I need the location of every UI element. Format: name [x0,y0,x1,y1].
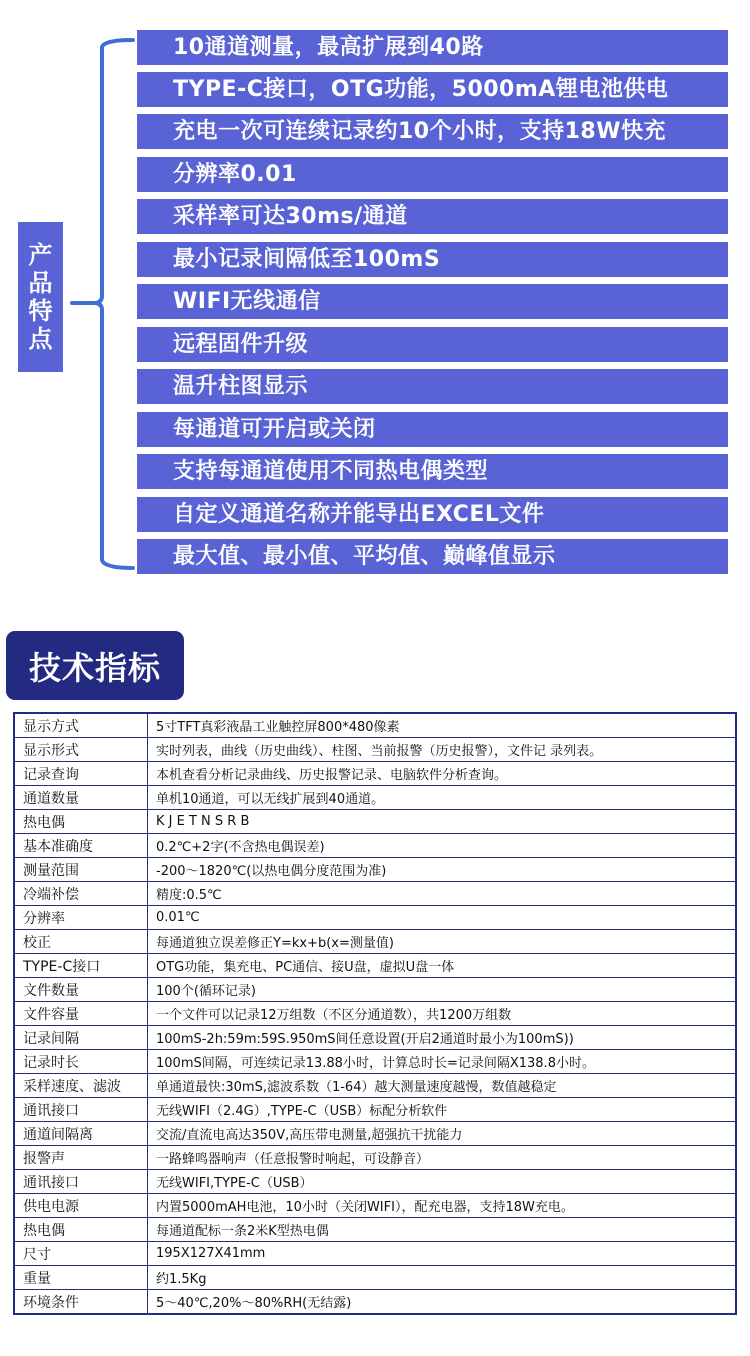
spec-value: OTG功能，集充电、PC通信、接U盘，虚拟U盘一体 [148,954,737,978]
spec-key: 记录查询 [14,762,148,786]
spec-key: 文件容量 [14,1002,148,1026]
spec-row: 供电电源内置5000mAH电池，10小时（关闭WIFI），配充电器，支持18W充… [14,1194,736,1218]
spec-value: 一个文件可以记录12万组数（不区分通道数），共1200万组数 [148,1002,737,1026]
spec-key: 通讯接口 [14,1170,148,1194]
spec-row: 采样速度、滤波单通道最快:30mS,滤波系数（1-64）越大测量速度越慢，数值越… [14,1074,736,1098]
spec-value: 195X127X41mm [148,1242,737,1266]
feature-item: 10通道测量，最高扩展到40路 [137,30,728,65]
feature-item: 分辨率0.01 [137,157,728,192]
spec-key: 显示方式 [14,713,148,738]
spec-key: 分辨率 [14,906,148,930]
spec-row: 分辨率0.01℃ [14,906,736,930]
spec-key: 通道间隔离 [14,1122,148,1146]
spec-value: 实时列表，曲线（历史曲线）、柱图、当前报警（历史报警），文件记 录列表。 [148,738,737,762]
spec-value: 0.2℃+2字(不含热电偶误差) [148,834,737,858]
spec-key: 采样速度、滤波 [14,1074,148,1098]
spec-value: 5～40℃,20%～80%RH(无结露) [148,1290,737,1315]
spec-row: 通道数量单机10通道，可以无线扩展到40通道。 [14,786,736,810]
feature-item: 支持每通道使用不同热电偶类型 [137,454,728,489]
spec-row: 热电偶每通道配标一条2米K型热电偶 [14,1218,736,1242]
spec-value: 每通道独立误差修正Y=kx+b(x=测量值) [148,930,737,954]
spec-value: 单机10通道，可以无线扩展到40通道。 [148,786,737,810]
spec-key: 尺寸 [14,1242,148,1266]
spec-row: 文件容量一个文件可以记录12万组数（不区分通道数），共1200万组数 [14,1002,736,1026]
product-features-label: 产 品 特 点 [18,222,63,372]
spec-row: 报警声一路蜂鸣器响声（任意报警时响起，可设静音） [14,1146,736,1170]
spec-row: 环境条件5～40℃,20%～80%RH(无结露) [14,1290,736,1315]
spec-row: 记录时长100mS间隔，可连续记录13.88小时，计算总时长=记录间隔X138.… [14,1050,736,1074]
feature-item: 最大值、最小值、平均值、巅峰值显示 [137,539,728,574]
spec-key: TYPE-C接口 [14,954,148,978]
spec-row: 校正每通道独立误差修正Y=kx+b(x=测量值) [14,930,736,954]
spec-value: 一路蜂鸣器响声（任意报警时响起，可设静音） [148,1146,737,1170]
spec-row: 测量范围-200～1820℃(以热电偶分度范围为准) [14,858,736,882]
feature-item: TYPE-C接口，OTG功能，5000mA锂电池供电 [137,72,728,107]
spec-row: 通讯接口无线WIFI,TYPE-C（USB） [14,1170,736,1194]
spec-value: 本机查看分析记录曲线、历史报警记录、电脑软件分析查询。 [148,762,737,786]
spec-key: 环境条件 [14,1290,148,1315]
feature-item: 采样率可达30ms/通道 [137,199,728,234]
specs-table: 显示方式5寸TFT真彩液晶工业触控屏800*480像素显示形式实时列表，曲线（历… [13,712,737,1315]
spec-key: 报警声 [14,1146,148,1170]
spec-row: 记录间隔100mS-2h:59m:59S.950mS间任意设置(开启2通道时最小… [14,1026,736,1050]
spec-key: 热电偶 [14,810,148,834]
spec-value: 无线WIFI（2.4G）,TYPE-C（USB）标配分析软件 [148,1098,737,1122]
spec-value: 100mS间隔，可连续记录13.88小时，计算总时长=记录间隔X138.8小时。 [148,1050,737,1074]
spec-value: 每通道配标一条2米K型热电偶 [148,1218,737,1242]
spec-value: -200～1820℃(以热电偶分度范围为准) [148,858,737,882]
spec-value: 100个(循环记录) [148,978,737,1002]
spec-row: 尺寸195X127X41mm [14,1242,736,1266]
feature-item: 每通道可开启或关闭 [137,412,728,447]
feature-item: 温升柱图显示 [137,369,728,404]
feature-item: 充电一次可连续记录约10个小时，支持18W快充 [137,114,728,149]
spec-row: 显示形式实时列表，曲线（历史曲线）、柱图、当前报警（历史报警），文件记 录列表。 [14,738,736,762]
spec-value: 单通道最快:30mS,滤波系数（1-64）越大测量速度越慢，数值越稳定 [148,1074,737,1098]
spec-row: 基本准确度0.2℃+2字(不含热电偶误差) [14,834,736,858]
spec-value: 交流/直流电高达350V,高压带电测量,超强抗干扰能力 [148,1122,737,1146]
spec-value: 无线WIFI,TYPE-C（USB） [148,1170,737,1194]
spec-row: 通道间隔离交流/直流电高达350V,高压带电测量,超强抗干扰能力 [14,1122,736,1146]
spec-value: 内置5000mAH电池，10小时（关闭WIFI），配充电器，支持18W充电。 [148,1194,737,1218]
spec-key: 基本准确度 [14,834,148,858]
spec-row: 热电偶K J E T N S R B [14,810,736,834]
specs-title: 技术指标 [6,631,184,700]
feature-item: 远程固件升级 [137,327,728,362]
spec-row: 冷端补偿精度:0.5℃ [14,882,736,906]
spec-key: 文件数量 [14,978,148,1002]
feature-item: 自定义通道名称并能导出EXCEL文件 [137,497,728,532]
spec-value: 100mS-2h:59m:59S.950mS间任意设置(开启2通道时最小为100… [148,1026,737,1050]
spec-key: 记录时长 [14,1050,148,1074]
spec-row: 显示方式5寸TFT真彩液晶工业触控屏800*480像素 [14,713,736,738]
feature-item: WIFI无线通信 [137,284,728,319]
spec-row: 通讯接口无线WIFI（2.4G）,TYPE-C（USB）标配分析软件 [14,1098,736,1122]
spec-key: 测量范围 [14,858,148,882]
spec-key: 显示形式 [14,738,148,762]
label-char: 产 [29,241,53,269]
spec-value: 5寸TFT真彩液晶工业触控屏800*480像素 [148,713,737,738]
spec-key: 记录间隔 [14,1026,148,1050]
spec-value: K J E T N S R B [148,810,737,834]
spec-row: 记录查询本机查看分析记录曲线、历史报警记录、电脑软件分析查询。 [14,762,736,786]
label-char: 特 [29,297,53,325]
spec-value: 精度:0.5℃ [148,882,737,906]
spec-key: 通道数量 [14,786,148,810]
spec-row: TYPE-C接口OTG功能，集充电、PC通信、接U盘，虚拟U盘一体 [14,954,736,978]
spec-key: 供电电源 [14,1194,148,1218]
spec-key: 冷端补偿 [14,882,148,906]
product-features-section: 产 品 特 点 10通道测量，最高扩展到40路 TYPE-C接口，OTG功能，5… [0,0,750,600]
label-char: 品 [29,269,53,297]
spec-value: 0.01℃ [148,906,737,930]
spec-row: 文件数量100个(循环记录) [14,978,736,1002]
spec-key: 重量 [14,1266,148,1290]
spec-key: 热电偶 [14,1218,148,1242]
feature-item: 最小记录间隔低至100mS [137,242,728,277]
spec-row: 重量约1.5Kg [14,1266,736,1290]
spec-key: 通讯接口 [14,1098,148,1122]
spec-value: 约1.5Kg [148,1266,737,1290]
label-char: 点 [29,325,53,353]
spec-key: 校正 [14,930,148,954]
